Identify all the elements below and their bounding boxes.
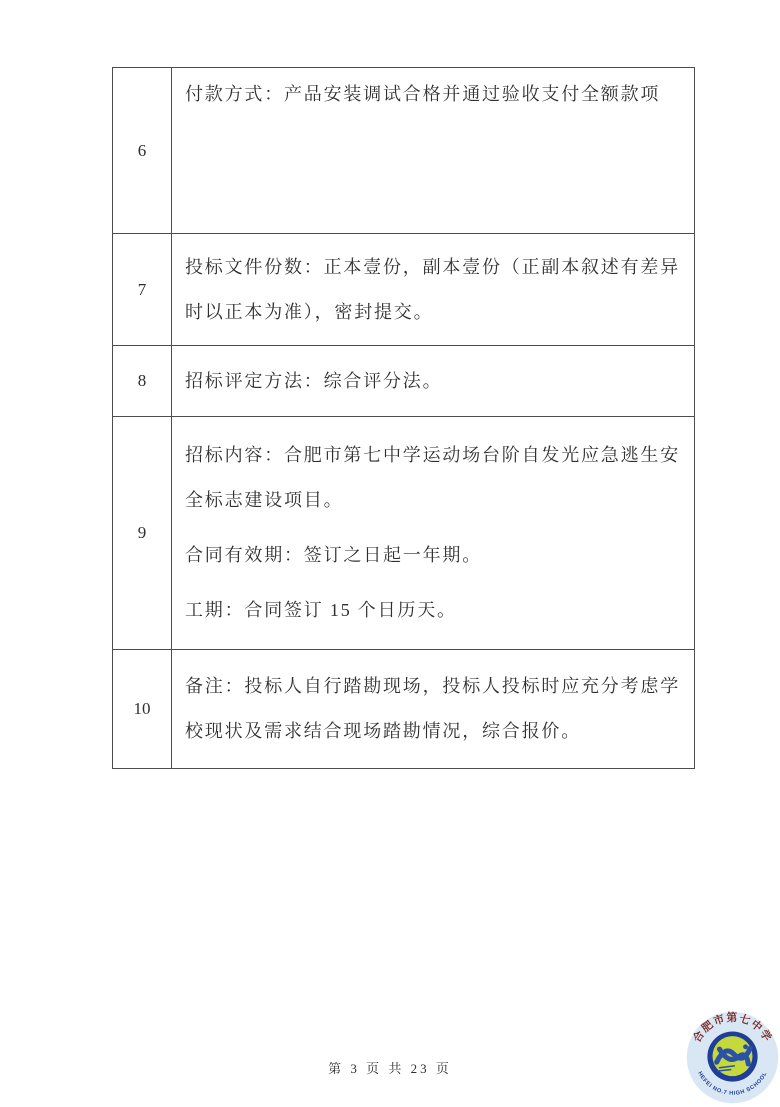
table-row: 10 备注：投标人自行踏勘现场，投标人投标时应充分考虑学校现状及需求结合现场踏勘… [113, 650, 695, 769]
row-content: 招标评定方法：综合评分法。 [172, 346, 695, 417]
row-number: 8 [113, 346, 172, 417]
tender-info-table: 6 付款方式：产品安装调试合格并通过验收支付全额款项 7 投标文件份数：正本壹份… [112, 67, 695, 769]
row-content: 备注：投标人自行踏勘现场，投标人投标时应充分考虑学校现状及需求结合现场踏勘情况，… [172, 650, 695, 769]
document-page: 6 付款方式：产品安装调试合格并通过验收支付全额款项 7 投标文件份数：正本壹份… [0, 0, 780, 1107]
row-number: 6 [113, 68, 172, 234]
row-paragraph: 备注：投标人自行踏勘现场，投标人投标时应充分考虑学校现状及需求结合现场踏勘情况，… [185, 664, 685, 754]
row-number: 10 [113, 650, 172, 769]
page-indicator: 第 3 页 共 23 页 [328, 1061, 452, 1076]
school-seal-logo: 合肥市第七中学 HEFEI NO.7 HIGH SCHOOL [686, 1011, 779, 1104]
page-footer: 第 3 页 共 23 页 [0, 1058, 780, 1077]
row-content: 付款方式：产品安装调试合格并通过验收支付全额款项 [172, 68, 695, 234]
row-number: 9 [113, 417, 172, 650]
row-paragraph: 付款方式：产品安装调试合格并通过验收支付全额款项 [185, 72, 685, 117]
table-row: 9 招标内容：合肥市第七中学运动场台阶自发光应急逃生安全标志建设项目。 合同有效… [113, 417, 695, 650]
table-row: 6 付款方式：产品安装调试合格并通过验收支付全额款项 [113, 68, 695, 234]
bird-head-dot [743, 1044, 748, 1049]
row-content: 招标内容：合肥市第七中学运动场台阶自发光应急逃生安全标志建设项目。 合同有效期：… [172, 417, 695, 650]
table-row: 8 招标评定方法：综合评分法。 [113, 346, 695, 417]
row-paragraph: 投标文件份数：正本壹份，副本壹份（正副本叙述有差异时以正本为准），密封提交。 [185, 245, 685, 335]
row-paragraph: 合同有效期：签订之日起一年期。 [185, 533, 685, 578]
table-row: 7 投标文件份数：正本壹份，副本壹份（正副本叙述有差异时以正本为准），密封提交。 [113, 234, 695, 346]
row-paragraph: 招标内容：合肥市第七中学运动场台阶自发光应急逃生安全标志建设项目。 [185, 433, 685, 523]
row-number: 7 [113, 234, 172, 346]
row-content: 投标文件份数：正本壹份，副本壹份（正副本叙述有差异时以正本为准），密封提交。 [172, 234, 695, 346]
row-paragraph: 招标评定方法：综合评分法。 [185, 359, 685, 404]
row-paragraph: 工期：合同签订 15 个日历天。 [185, 588, 685, 633]
school-seal-icon: 合肥市第七中学 HEFEI NO.7 HIGH SCHOOL [686, 1011, 779, 1104]
